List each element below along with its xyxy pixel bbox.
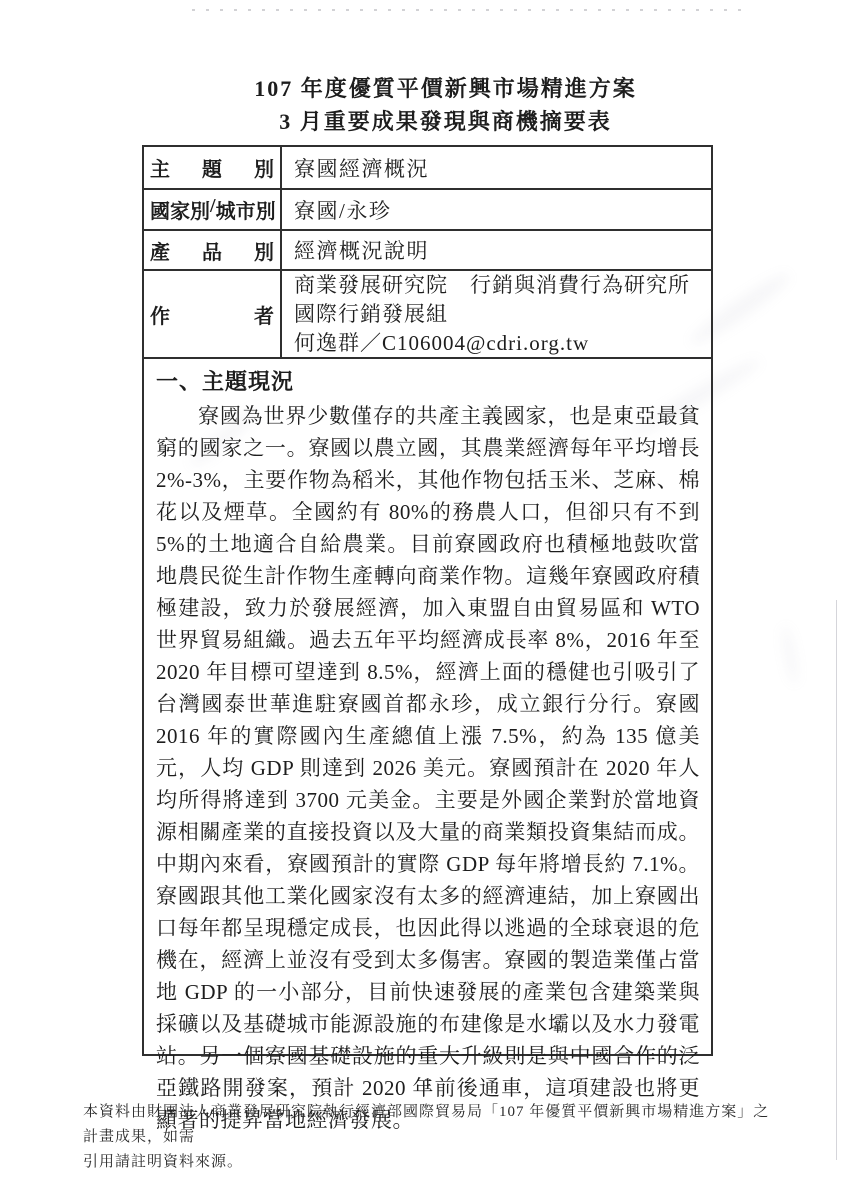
table-row-country-city: 國家別/城市別 寮國/永珍 (144, 188, 711, 229)
country-city-label: 國家別/城市別 (150, 195, 276, 224)
section-cell: 一、主題現況 寮國為世界少數僅存的共產主義國家，也是東亞最貧窮的國家之一。寮國以… (144, 359, 711, 1054)
author-value-cell: 商業發展研究院 行銷與消費行為研究所 國際行銷發展組 何逸群／C106004@c… (282, 271, 711, 357)
footnote-line2: 引用請註明資料來源。 (83, 1150, 783, 1175)
document-title-line2: 3 月重要成果發現與商機摘要表 (160, 105, 731, 138)
footnote-line1: 本資料由財團法人商業發展研究院執行經濟部國際貿易局「107 年優質平價新興市場精… (83, 1100, 783, 1150)
document-title: 107 年度優質平價新興市場精進方案 3 月重要成果發現與商機摘要表 (160, 72, 731, 138)
product-label-cell: 產品別 (144, 231, 282, 269)
table-row-topic: 主題別 寮國經濟概況 (144, 147, 711, 188)
page-number: 1 (142, 1074, 713, 1094)
table-row-product: 產品別 經濟概況說明 (144, 229, 711, 269)
section-paragraph: 寮國為世界少數僅存的共產主義國家，也是東亞最貧窮的國家之一。寮國以農立國，其農業… (156, 400, 700, 1136)
topic-value: 寮國經濟概況 (294, 153, 703, 183)
table-row-section: 一、主題現況 寮國為世界少數僅存的共產主義國家，也是東亞最貧窮的國家之一。寮國以… (144, 357, 711, 1054)
section-heading: 一、主題現況 (156, 366, 700, 397)
product-value-cell: 經濟概況說明 (282, 231, 711, 269)
topic-label-cell: 主題別 (144, 147, 282, 188)
product-value: 經濟概況說明 (294, 235, 703, 265)
topic-label: 主題別 (150, 153, 274, 182)
author-organization: 商業發展研究院 行銷與消費行為研究所 (294, 271, 703, 300)
footnote: 本資料由財團法人商業發展研究院執行經濟部國際貿易局「107 年優質平價新興市場精… (83, 1100, 783, 1175)
author-contact: 何逸群／C106004@cdri.org.tw (294, 329, 703, 358)
scanned-document-page: 107 年度優質平價新興市場精進方案 3 月重要成果發現與商機摘要表 主題別 寮… (0, 0, 847, 1200)
product-label: 產品別 (150, 236, 274, 265)
table-row-author: 作者 商業發展研究院 行銷與消費行為研究所 國際行銷發展組 何逸群／C10600… (144, 269, 711, 357)
country-city-value: 寮國/永珍 (294, 195, 703, 225)
scan-artifact-smudge (780, 625, 800, 686)
country-city-value-cell: 寮國/永珍 (282, 190, 711, 229)
scan-artifact-dotted-line (192, 9, 752, 11)
author-label-cell: 作者 (144, 271, 282, 357)
document-title-line1: 107 年度優質平價新興市場精進方案 (160, 72, 731, 105)
country-city-label-cell: 國家別/城市別 (144, 190, 282, 229)
summary-table: 主題別 寮國經濟概況 國家別/城市別 寮國/永珍 產品別 經濟概況說明 (142, 145, 713, 1056)
author-label: 作者 (150, 300, 274, 329)
topic-value-cell: 寮國經濟概況 (282, 147, 711, 188)
author-department: 國際行銷發展組 (294, 300, 703, 329)
scan-artifact-page-edge (836, 600, 837, 1160)
